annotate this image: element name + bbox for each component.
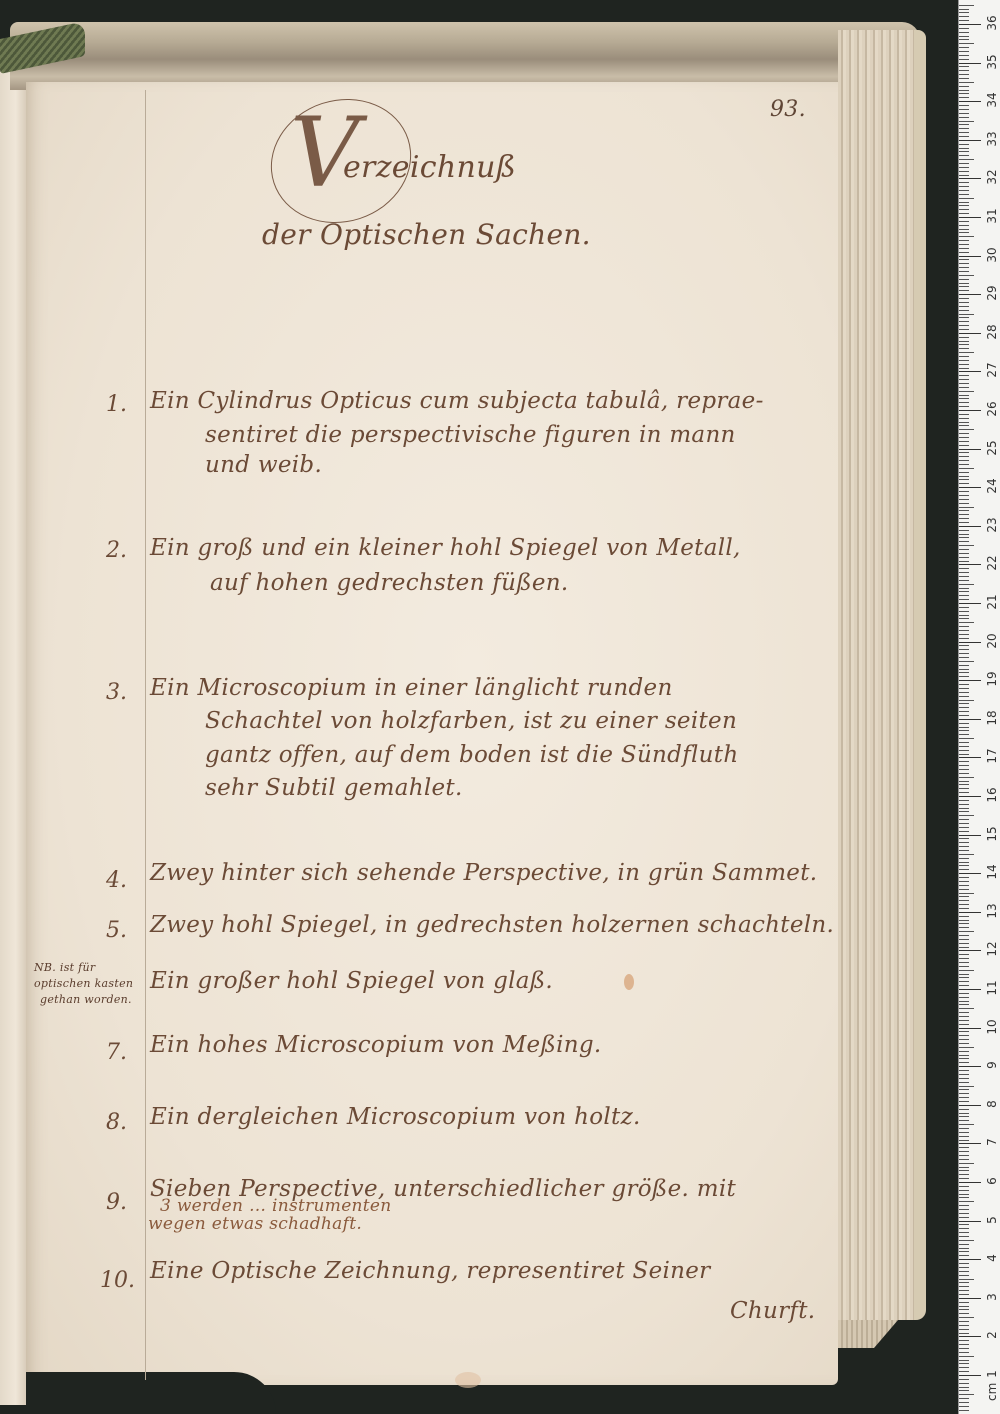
ruler-tick — [959, 970, 974, 971]
ruler-label: 22 — [985, 554, 999, 572]
ruler-tick — [959, 1109, 969, 1110]
ruler-tick — [959, 649, 969, 650]
item-line: Zwey hohl Spiegel, in gedrechsten holzer… — [150, 912, 834, 938]
ruler-tick — [959, 931, 974, 932]
ruler-tick — [959, 1051, 969, 1052]
ruler-tick — [959, 248, 969, 249]
ruler-tick — [959, 182, 969, 183]
ruler-tick — [959, 371, 981, 372]
ruler-tick — [959, 12, 969, 13]
ruler-tick — [959, 572, 969, 573]
ruler-tick — [959, 379, 969, 380]
ruler-tick — [959, 375, 969, 376]
ruler-tick — [959, 1143, 981, 1144]
ruler-tick — [959, 244, 969, 245]
item-number: 3. — [106, 680, 127, 705]
facing-page-edge — [0, 60, 27, 1405]
ruler-label: 14 — [985, 863, 999, 881]
ruler-tick — [959, 1074, 969, 1075]
ruler-tick — [959, 618, 969, 619]
measurement-ruler: cm 3635343332313029282726252423222120191… — [958, 0, 1000, 1414]
ruler-tick — [959, 36, 969, 37]
item-number: 7. — [106, 1040, 127, 1065]
ruler-tick — [959, 661, 974, 662]
ruler-tick — [959, 159, 974, 160]
ruler-tick — [959, 943, 969, 944]
item-number: 4. — [106, 868, 127, 893]
ruler-tick — [959, 429, 974, 430]
ruler-label: 33 — [985, 130, 999, 148]
ruler-tick — [959, 39, 969, 40]
ruler-tick — [959, 395, 969, 396]
ruler-tick — [959, 387, 969, 388]
ruler-tick — [959, 1333, 969, 1334]
ruler-label: 36 — [985, 14, 999, 32]
ruler-tick — [959, 1062, 969, 1063]
ruler-tick — [959, 499, 969, 500]
ruler-tick — [959, 838, 969, 839]
ruler-tick — [959, 561, 969, 562]
ruler-tick — [959, 1070, 969, 1071]
ruler-tick — [959, 259, 969, 260]
ruler-tick — [959, 1004, 969, 1005]
ruler-tick — [959, 599, 969, 600]
ruler-tick — [959, 229, 969, 230]
ruler-label: 15 — [985, 825, 999, 843]
ruler-tick — [959, 781, 969, 782]
ruler-tick — [959, 831, 969, 832]
ruler-tick — [959, 360, 969, 361]
ruler-tick — [959, 341, 969, 342]
ruler-label: 16 — [985, 786, 999, 804]
ruler-tick — [959, 954, 969, 955]
ruler-tick — [959, 190, 969, 191]
ruler-tick — [959, 425, 969, 426]
ruler-tick — [959, 348, 969, 349]
item-line: Ein Microscopium in einer länglicht rund… — [150, 675, 673, 701]
ruler-tick — [959, 595, 969, 596]
ruler-tick — [959, 877, 969, 878]
ruler-tick — [959, 240, 969, 241]
item-line: und weib. — [205, 452, 322, 478]
ruler-tick — [959, 82, 974, 83]
page-subtitle: der Optischen Sachen. — [262, 218, 591, 251]
ruler-tick — [959, 927, 969, 928]
ruler-label: 13 — [985, 902, 999, 920]
ruler-tick — [959, 997, 969, 998]
ruler-tick — [959, 630, 969, 631]
ruler-tick — [959, 410, 981, 411]
item-line: Ein Cylindrus Opticus cum subjecta tabul… — [150, 388, 764, 414]
ruler-label: 34 — [985, 91, 999, 109]
ruler-tick — [959, 734, 969, 735]
ruler-label: 24 — [985, 477, 999, 495]
ruler-tick — [959, 1394, 974, 1395]
ruler-tick — [959, 1209, 969, 1210]
ruler-tick — [959, 823, 969, 824]
ruler-tick — [959, 132, 969, 133]
ruler-tick — [959, 59, 969, 60]
ruler-label: 18 — [985, 709, 999, 727]
ruler-tick — [959, 962, 969, 963]
ruler-tick — [959, 1383, 969, 1384]
ruler-tick — [959, 121, 974, 122]
ruler-tick — [959, 784, 969, 785]
ruler-tick — [959, 1387, 969, 1388]
ruler-tick — [959, 607, 969, 608]
ruler-tick — [959, 460, 969, 461]
ruler-tick — [959, 869, 969, 870]
page-title: erzeichnuß — [343, 150, 516, 185]
ruler-tick — [959, 275, 974, 276]
ruler-tick — [959, 792, 969, 793]
ruler-tick — [959, 209, 969, 210]
ruler-tick — [959, 746, 969, 747]
ruler-tick — [959, 904, 969, 905]
item-line: Ein dergleichen Microscopium von holtz. — [150, 1104, 641, 1130]
item-line: Ein großer hohl Spiegel von glaß. — [150, 968, 553, 994]
ruler-tick — [959, 1124, 974, 1125]
ruler-tick — [959, 862, 969, 863]
ruler-tick — [959, 175, 969, 176]
ruler-tick — [959, 1302, 969, 1303]
ruler-tick — [959, 835, 981, 836]
ruler-tick — [959, 1267, 969, 1268]
ruler-tick — [959, 634, 969, 635]
ruler-tick — [959, 881, 969, 882]
ruler-tick — [959, 966, 969, 967]
ruler-tick — [959, 645, 969, 646]
ruler-tick — [959, 24, 981, 25]
ruler-tick — [959, 495, 969, 496]
ruler-tick — [959, 391, 974, 392]
ruler-tick — [959, 576, 969, 577]
ruler-tick — [959, 1325, 969, 1326]
ruler-tick — [959, 213, 969, 214]
ruler-tick — [959, 912, 981, 913]
ruler-tick — [959, 263, 969, 264]
ruler-tick — [959, 93, 969, 94]
ruler-tick — [959, 406, 969, 407]
ruler-tick — [959, 1182, 981, 1183]
ruler-tick — [959, 815, 974, 816]
ruler-tick — [959, 1263, 969, 1264]
ruler-tick — [959, 445, 969, 446]
ruler-tick — [959, 1240, 974, 1241]
ruler-tick — [959, 622, 974, 623]
ruler-tick — [959, 418, 969, 419]
ruler-tick — [959, 90, 969, 91]
margin-note-line: NB. ist für — [34, 960, 96, 975]
ruler-tick — [959, 1028, 981, 1029]
ruler-tick — [959, 1248, 969, 1249]
ruler-label: 35 — [985, 53, 999, 71]
ruler-label: 21 — [985, 593, 999, 611]
ruler-tick — [959, 819, 969, 820]
ruler-tick — [959, 1190, 969, 1191]
ruler-tick — [959, 1282, 969, 1283]
ruler-tick — [959, 171, 969, 172]
ruler-tick — [959, 615, 969, 616]
ruler-tick — [959, 433, 969, 434]
item-line: Schachtel von holzfarben, ist zu einer s… — [205, 708, 737, 734]
ruler-tick — [959, 1113, 969, 1114]
interlinear-insertion: 3 werden … instrumenten — [160, 1196, 392, 1216]
ruler-label: 26 — [985, 400, 999, 418]
item-line: Churft. — [730, 1298, 815, 1324]
ruler-tick — [959, 472, 969, 473]
ruler-tick — [959, 1089, 969, 1090]
ruler-tick — [959, 788, 969, 789]
ruler-tick — [959, 750, 969, 751]
ruler-tick — [959, 1379, 969, 1380]
ruler-tick — [959, 842, 969, 843]
ruler-tick — [959, 236, 974, 237]
ruler-tick — [959, 368, 969, 369]
ruler-tick — [959, 337, 969, 338]
ruler-tick — [959, 1132, 969, 1133]
ruler-tick — [959, 483, 969, 484]
ruler-tick — [959, 113, 969, 114]
ruler-label: 8 — [985, 1095, 999, 1113]
ruler-tick — [959, 742, 969, 743]
ruler-tick — [959, 66, 969, 67]
ruler-tick — [959, 464, 969, 465]
ruler-tick — [959, 136, 969, 137]
ruler-tick — [959, 503, 969, 504]
folio-number: 93. — [770, 97, 806, 122]
ruler-tick — [959, 896, 969, 897]
ruler-tick — [959, 283, 969, 284]
ruler-tick — [959, 665, 969, 666]
item-line: gantz offen, auf dem boden ist die Sündf… — [205, 742, 738, 768]
ruler-tick — [959, 1031, 969, 1032]
ruler-tick — [959, 383, 969, 384]
ruler-tick — [959, 827, 969, 828]
ruler-tick — [959, 468, 974, 469]
ruler-tick — [959, 653, 969, 654]
ruler-tick — [959, 1255, 969, 1256]
ruler-tick — [959, 1244, 969, 1245]
ruler-tick — [959, 1101, 969, 1102]
ruler-tick — [959, 1097, 969, 1098]
ruler-tick — [959, 777, 974, 778]
ruler-tick — [959, 356, 969, 357]
ruler-tick — [959, 321, 969, 322]
ruler-tick — [959, 985, 969, 986]
item-line: Zwey hinter sich sehende Perspective, in… — [150, 860, 817, 886]
ruler-tick — [959, 1055, 969, 1056]
ruler-tick — [959, 352, 974, 353]
ruler-tick — [959, 202, 969, 203]
ruler-label: 10 — [985, 1018, 999, 1036]
ruler-tick — [959, 286, 969, 287]
ruler-tick — [959, 1251, 969, 1252]
ruler-tick — [959, 329, 969, 330]
ruler-tick — [959, 1375, 981, 1376]
ruler-tick — [959, 422, 969, 423]
ruler-tick — [959, 908, 969, 909]
ink-stain — [624, 974, 634, 990]
ruler-tick — [959, 148, 969, 149]
item-number: 5. — [106, 918, 127, 943]
ruler-tick — [959, 989, 981, 990]
ruler-tick — [959, 101, 981, 102]
ruler-tick — [959, 310, 969, 311]
ruler-tick — [959, 1024, 969, 1025]
ruler-label: 9 — [985, 1056, 999, 1074]
ruler-tick — [959, 151, 969, 152]
ruler-tick — [959, 761, 969, 762]
ruler-tick — [959, 1035, 969, 1036]
item-line: auf hohen gedrechsten füßen. — [210, 570, 569, 596]
ruler-tick — [959, 923, 969, 924]
ruler-label: 31 — [985, 207, 999, 225]
ruler-tick — [959, 47, 969, 48]
ruler-tick — [959, 1398, 969, 1399]
paper-stain — [455, 1372, 481, 1388]
ruler-label: 1 — [985, 1365, 999, 1383]
ruler-tick — [959, 1159, 969, 1160]
ruler-tick — [959, 557, 969, 558]
ruler-tick — [959, 140, 981, 141]
ruler-tick — [959, 167, 969, 168]
ruler-tick — [959, 1317, 974, 1318]
ruler-tick — [959, 333, 981, 334]
ruler-label: 27 — [985, 361, 999, 379]
ruler-tick — [959, 1298, 981, 1299]
ruler-label: 6 — [985, 1172, 999, 1190]
ruler-tick — [959, 672, 969, 673]
ruler-tick — [959, 893, 974, 894]
ruler-tick — [959, 298, 969, 299]
ruler-tick — [959, 854, 974, 855]
ruler-tick — [959, 522, 969, 523]
ruler-tick — [959, 939, 969, 940]
ruler-tick — [959, 1356, 974, 1357]
ruler-tick — [959, 1151, 969, 1152]
ruler-tick — [959, 487, 981, 488]
interlinear-continuation: wegen etwas schadhaft. — [148, 1214, 362, 1234]
book-top-edge — [10, 22, 920, 90]
ruler-tick — [959, 564, 981, 565]
ruler-tick — [959, 449, 981, 450]
ruler-label: 3 — [985, 1288, 999, 1306]
ruler-tick — [959, 530, 969, 531]
ruler-tick — [959, 1348, 969, 1349]
ruler-tick — [959, 1016, 969, 1017]
ruler-tick — [959, 1039, 969, 1040]
ruler-label: 7 — [985, 1133, 999, 1151]
ruler-tick — [959, 850, 969, 851]
ruler-tick — [959, 267, 969, 268]
ruler-tick — [959, 1047, 974, 1048]
ruler-tick — [959, 900, 969, 901]
ruler-tick — [959, 32, 969, 33]
ruler-tick — [959, 20, 969, 21]
ruler-tick — [959, 974, 969, 975]
book-fore-edge — [838, 30, 926, 1320]
ruler-tick — [959, 611, 969, 612]
item-line: sentiret die perspectivische figuren in … — [205, 422, 736, 448]
item-number: 10. — [100, 1268, 135, 1293]
ruler-tick — [959, 232, 969, 233]
ruler-tick — [959, 669, 969, 670]
ruler-tick — [959, 568, 969, 569]
ruler-label: 17 — [985, 747, 999, 765]
ruler-tick — [959, 437, 969, 438]
ruler-tick — [959, 306, 969, 307]
ruler-tick — [959, 1066, 981, 1067]
ruler-tick — [959, 1410, 969, 1411]
ruler-tick — [959, 800, 969, 801]
ruler-tick — [959, 1340, 969, 1341]
ruler-tick — [959, 603, 981, 604]
ruler-tick — [959, 1259, 981, 1260]
ruler-tick — [959, 1390, 969, 1391]
ruler-tick — [959, 553, 969, 554]
ruler-tick — [959, 1140, 969, 1141]
ruler-tick — [959, 676, 969, 677]
ruler-tick — [959, 507, 974, 508]
ruler-tick — [959, 526, 981, 527]
ruler-tick — [959, 1086, 974, 1087]
ruler-tick — [959, 680, 981, 681]
ruler-tick — [959, 1093, 969, 1094]
ruler-tick — [959, 773, 969, 774]
ruler-label: 19 — [985, 670, 999, 688]
ruler-tick — [959, 117, 969, 118]
ruler-tick — [959, 947, 969, 948]
ruler-tick — [959, 317, 969, 318]
ruler-tick — [959, 696, 969, 697]
ruler-tick — [959, 1213, 969, 1214]
ruler-tick — [959, 5, 974, 6]
ruler-tick — [959, 715, 969, 716]
ruler-tick — [959, 518, 969, 519]
ruler-tick — [959, 74, 969, 75]
ruler-tick — [959, 804, 969, 805]
ruler-tick — [959, 456, 969, 457]
ruler-tick — [959, 155, 969, 156]
ruler-tick — [959, 325, 969, 326]
ruler-tick — [959, 981, 969, 982]
ruler-label: 32 — [985, 168, 999, 186]
ruler-tick — [959, 1336, 981, 1337]
ruler-tick — [959, 754, 969, 755]
item-number: 9. — [106, 1190, 127, 1215]
margin-rule-line — [145, 90, 146, 1380]
ruler-tick — [959, 1275, 969, 1276]
ruler-tick — [959, 580, 969, 581]
ruler-tick — [959, 1043, 969, 1044]
ruler-label: 4 — [985, 1249, 999, 1267]
item-line: Ein groß und ein kleiner hohl Spiegel vo… — [150, 535, 741, 561]
ruler-tick — [959, 194, 969, 195]
ruler-tick — [959, 186, 969, 187]
ruler-tick — [959, 1217, 969, 1218]
ruler-tick — [959, 452, 969, 453]
ruler-tick — [959, 1058, 969, 1059]
ruler-tick — [959, 873, 981, 874]
ruler-tick — [959, 738, 974, 739]
ruler-tick — [959, 221, 969, 222]
item-line: sehr Subtil gemahlet. — [205, 775, 463, 801]
ruler-label: 30 — [985, 246, 999, 264]
ruler-tick — [959, 302, 969, 303]
ruler-tick — [959, 588, 969, 589]
ruler-tick — [959, 1194, 969, 1195]
